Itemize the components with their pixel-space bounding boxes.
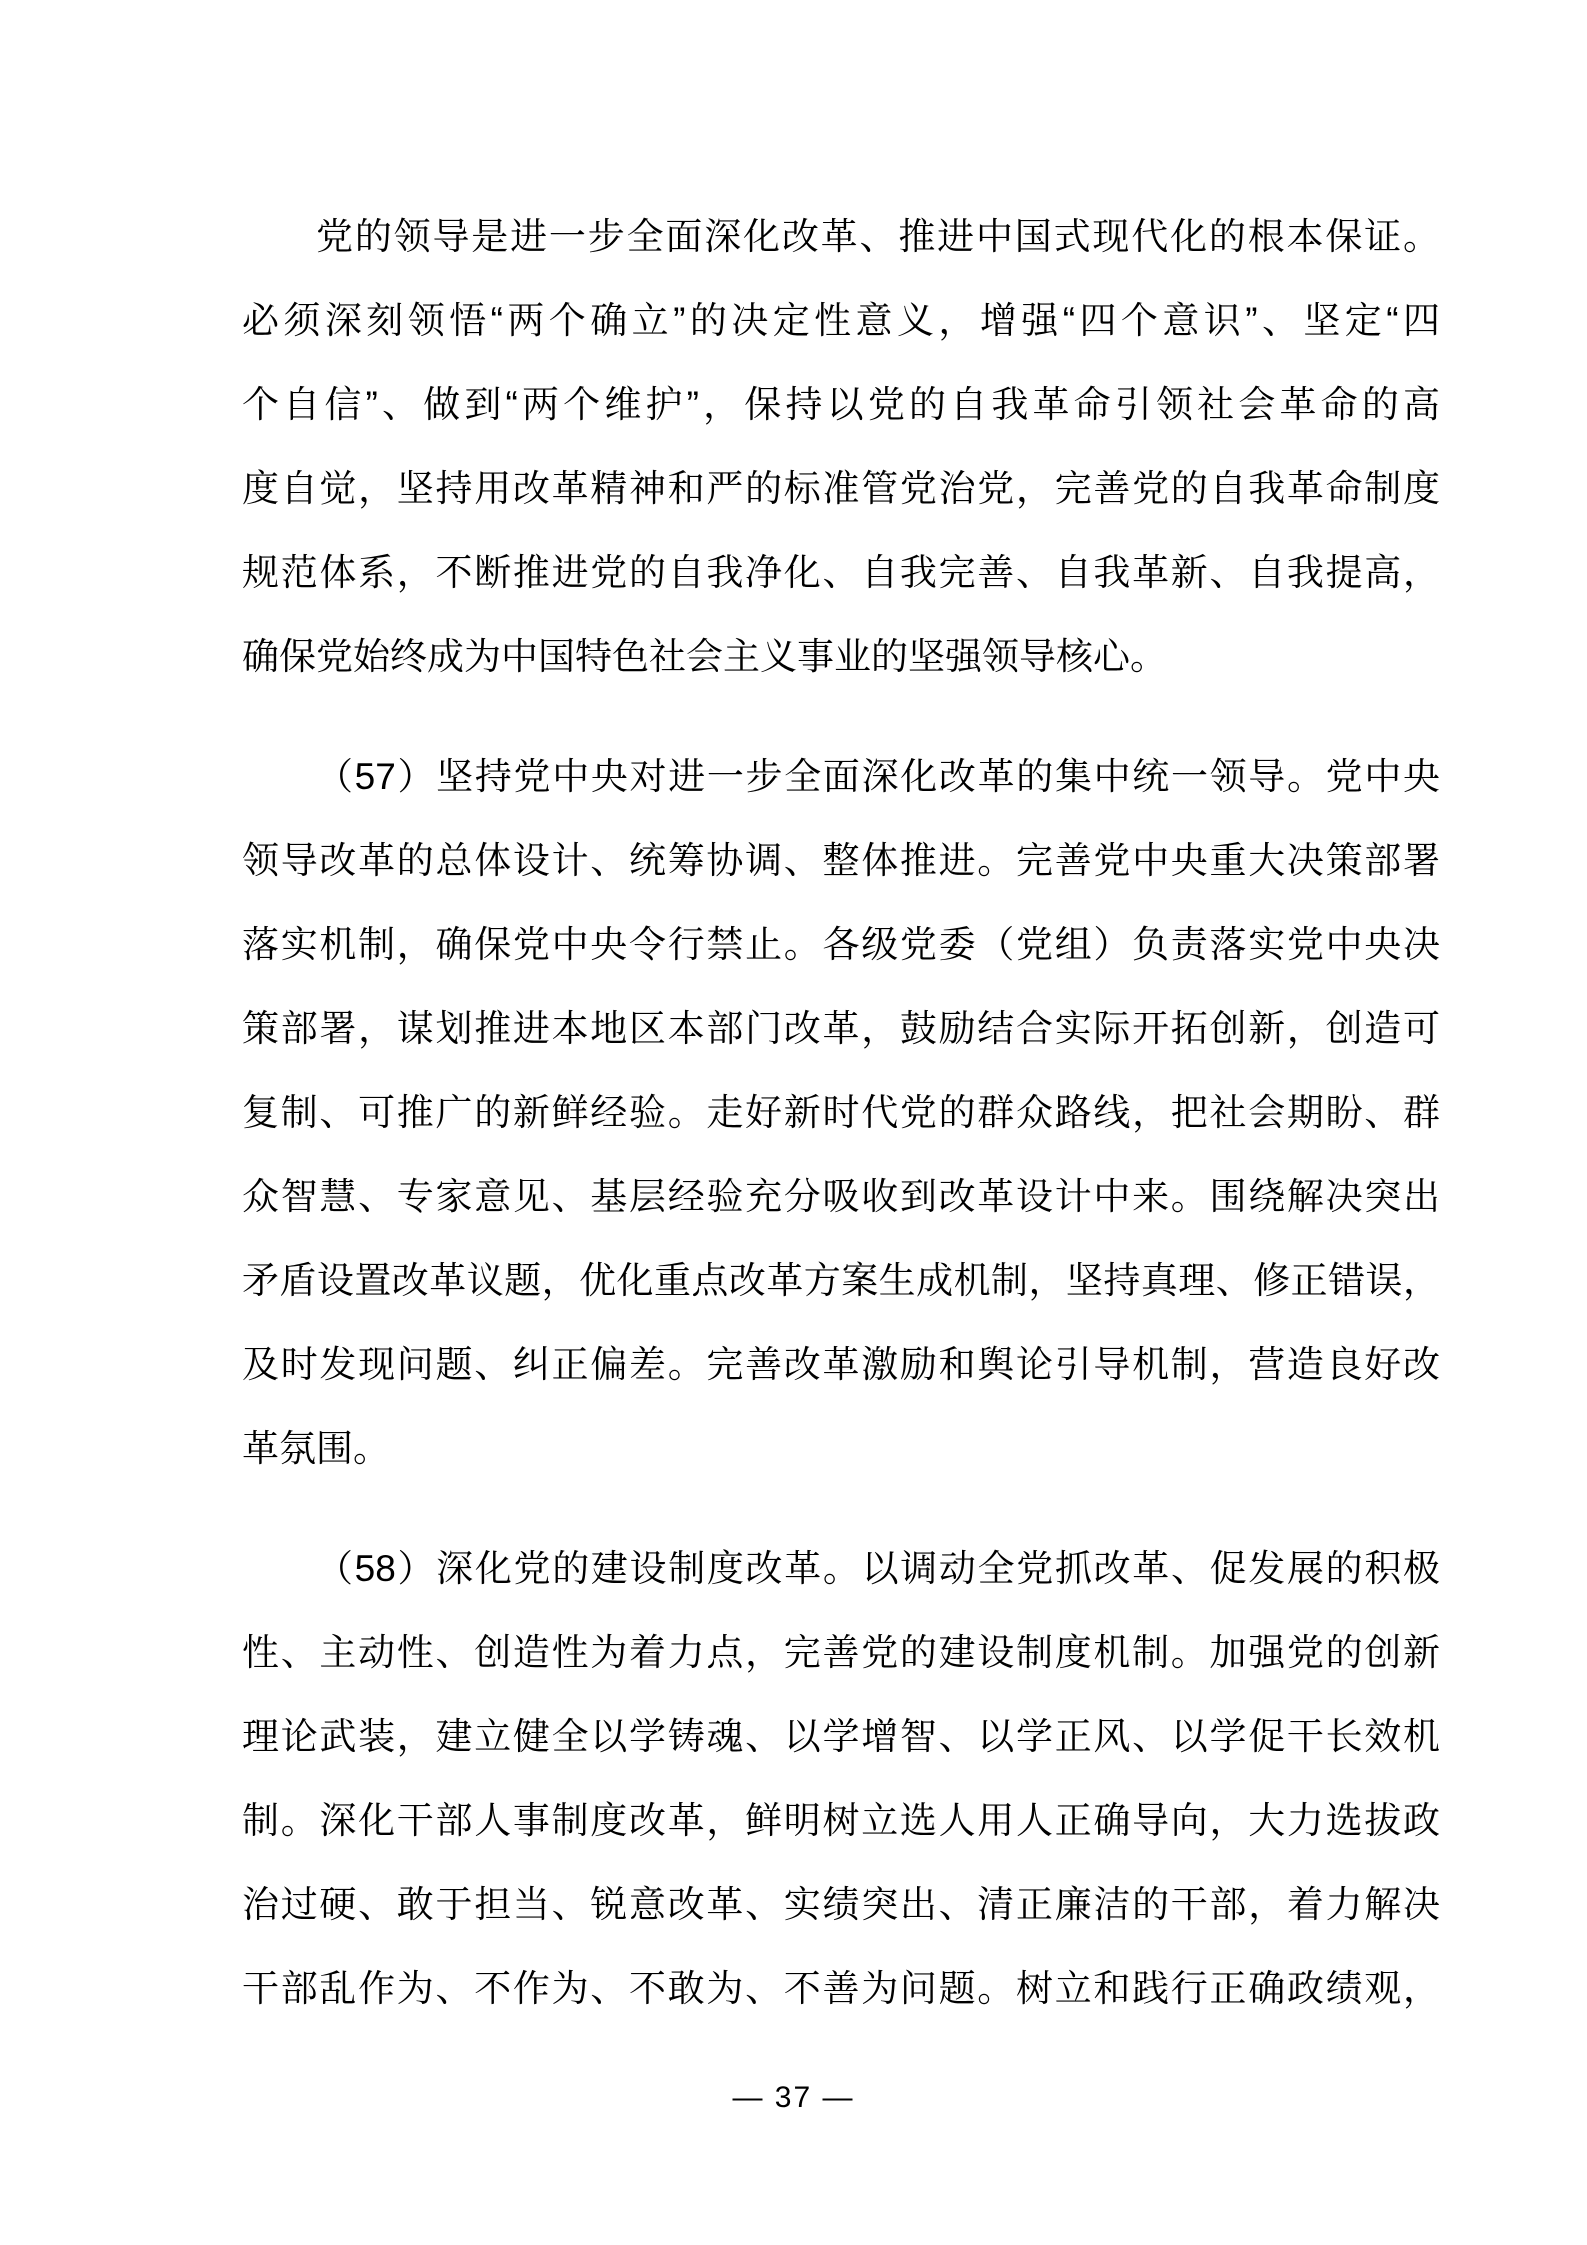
paragraph-item-58: （58）深化党的建设制度改革。以调动全党抓改革、促发展的积极性、主动性、创造性为…: [242, 1527, 1440, 2031]
text-line: 度自觉，坚持用改革精神和严的标准管党治党，完善党的自我革命制度: [242, 447, 1440, 531]
paragraph-intro: 党的领导是进一步全面深化改革、推进中国式现代化的根本保证。必须深刻领悟“两个确立…: [242, 195, 1440, 699]
text-line: 干部乱作为、不作为、不敢为、不善为问题。树立和践行正确政绩观，: [242, 1947, 1440, 2031]
text-line: 个自信”、做到“两个维护”，保持以党的自我革命引领社会革命的高: [242, 363, 1440, 447]
text-line: 规范体系，不断推进党的自我净化、自我完善、自我革新、自我提高，: [242, 531, 1440, 615]
text-line: 及时发现问题、纠正偏差。完善改革激励和舆论引导机制，营造良好改: [242, 1323, 1440, 1407]
text-line: 党的领导是进一步全面深化改革、推进中国式现代化的根本保证。: [242, 195, 1440, 279]
text-line: 矛盾设置改革议题，优化重点改革方案生成机制，坚持真理、修正错误，: [242, 1239, 1440, 1323]
text-line: 革氛围。: [242, 1407, 1440, 1491]
text-line: 策部署，谋划推进本地区本部门改革，鼓励结合实际开拓创新，创造可: [242, 987, 1440, 1071]
text-line: 治过硬、敢于担当、锐意改革、实绩突出、清正廉洁的干部，着力解决: [242, 1863, 1440, 1947]
text-line: 性、主动性、创造性为着力点，完善党的建设制度机制。加强党的创新: [242, 1611, 1440, 1695]
document-page: 党的领导是进一步全面深化改革、推进中国式现代化的根本保证。必须深刻领悟“两个确立…: [0, 0, 1587, 2245]
text-line: 落实机制，确保党中央令行禁止。各级党委（党组）负责落实党中央决: [242, 903, 1440, 987]
page-number: — 37 —: [732, 2081, 854, 2114]
document-body: 党的领导是进一步全面深化改革、推进中国式现代化的根本保证。必须深刻领悟“两个确立…: [242, 195, 1440, 2031]
page-footer: — 37 —: [0, 2076, 1587, 2120]
text-line: 复制、可推广的新鲜经验。走好新时代党的群众路线，把社会期盼、群: [242, 1071, 1440, 1155]
text-line: （57）坚持党中央对进一步全面深化改革的集中统一领导。党中央: [242, 735, 1440, 819]
text-line: 理论武装，建立健全以学铸魂、以学增智、以学正风、以学促干长效机: [242, 1695, 1440, 1779]
text-line: 必须深刻领悟“两个确立”的决定性意义，增强“四个意识”、坚定“四: [242, 279, 1440, 363]
text-line: 确保党始终成为中国特色社会主义事业的坚强领导核心。: [242, 615, 1440, 699]
text-line: 制。深化干部人事制度改革，鲜明树立选人用人正确导向，大力选拔政: [242, 1779, 1440, 1863]
text-line: 众智慧、专家意见、基层经验充分吸收到改革设计中来。围绕解决突出: [242, 1155, 1440, 1239]
text-line: （58）深化党的建设制度改革。以调动全党抓改革、促发展的积极: [242, 1527, 1440, 1611]
paragraph-item-57: （57）坚持党中央对进一步全面深化改革的集中统一领导。党中央领导改革的总体设计、…: [242, 735, 1440, 1491]
text-line: 领导改革的总体设计、统筹协调、整体推进。完善党中央重大决策部署: [242, 819, 1440, 903]
